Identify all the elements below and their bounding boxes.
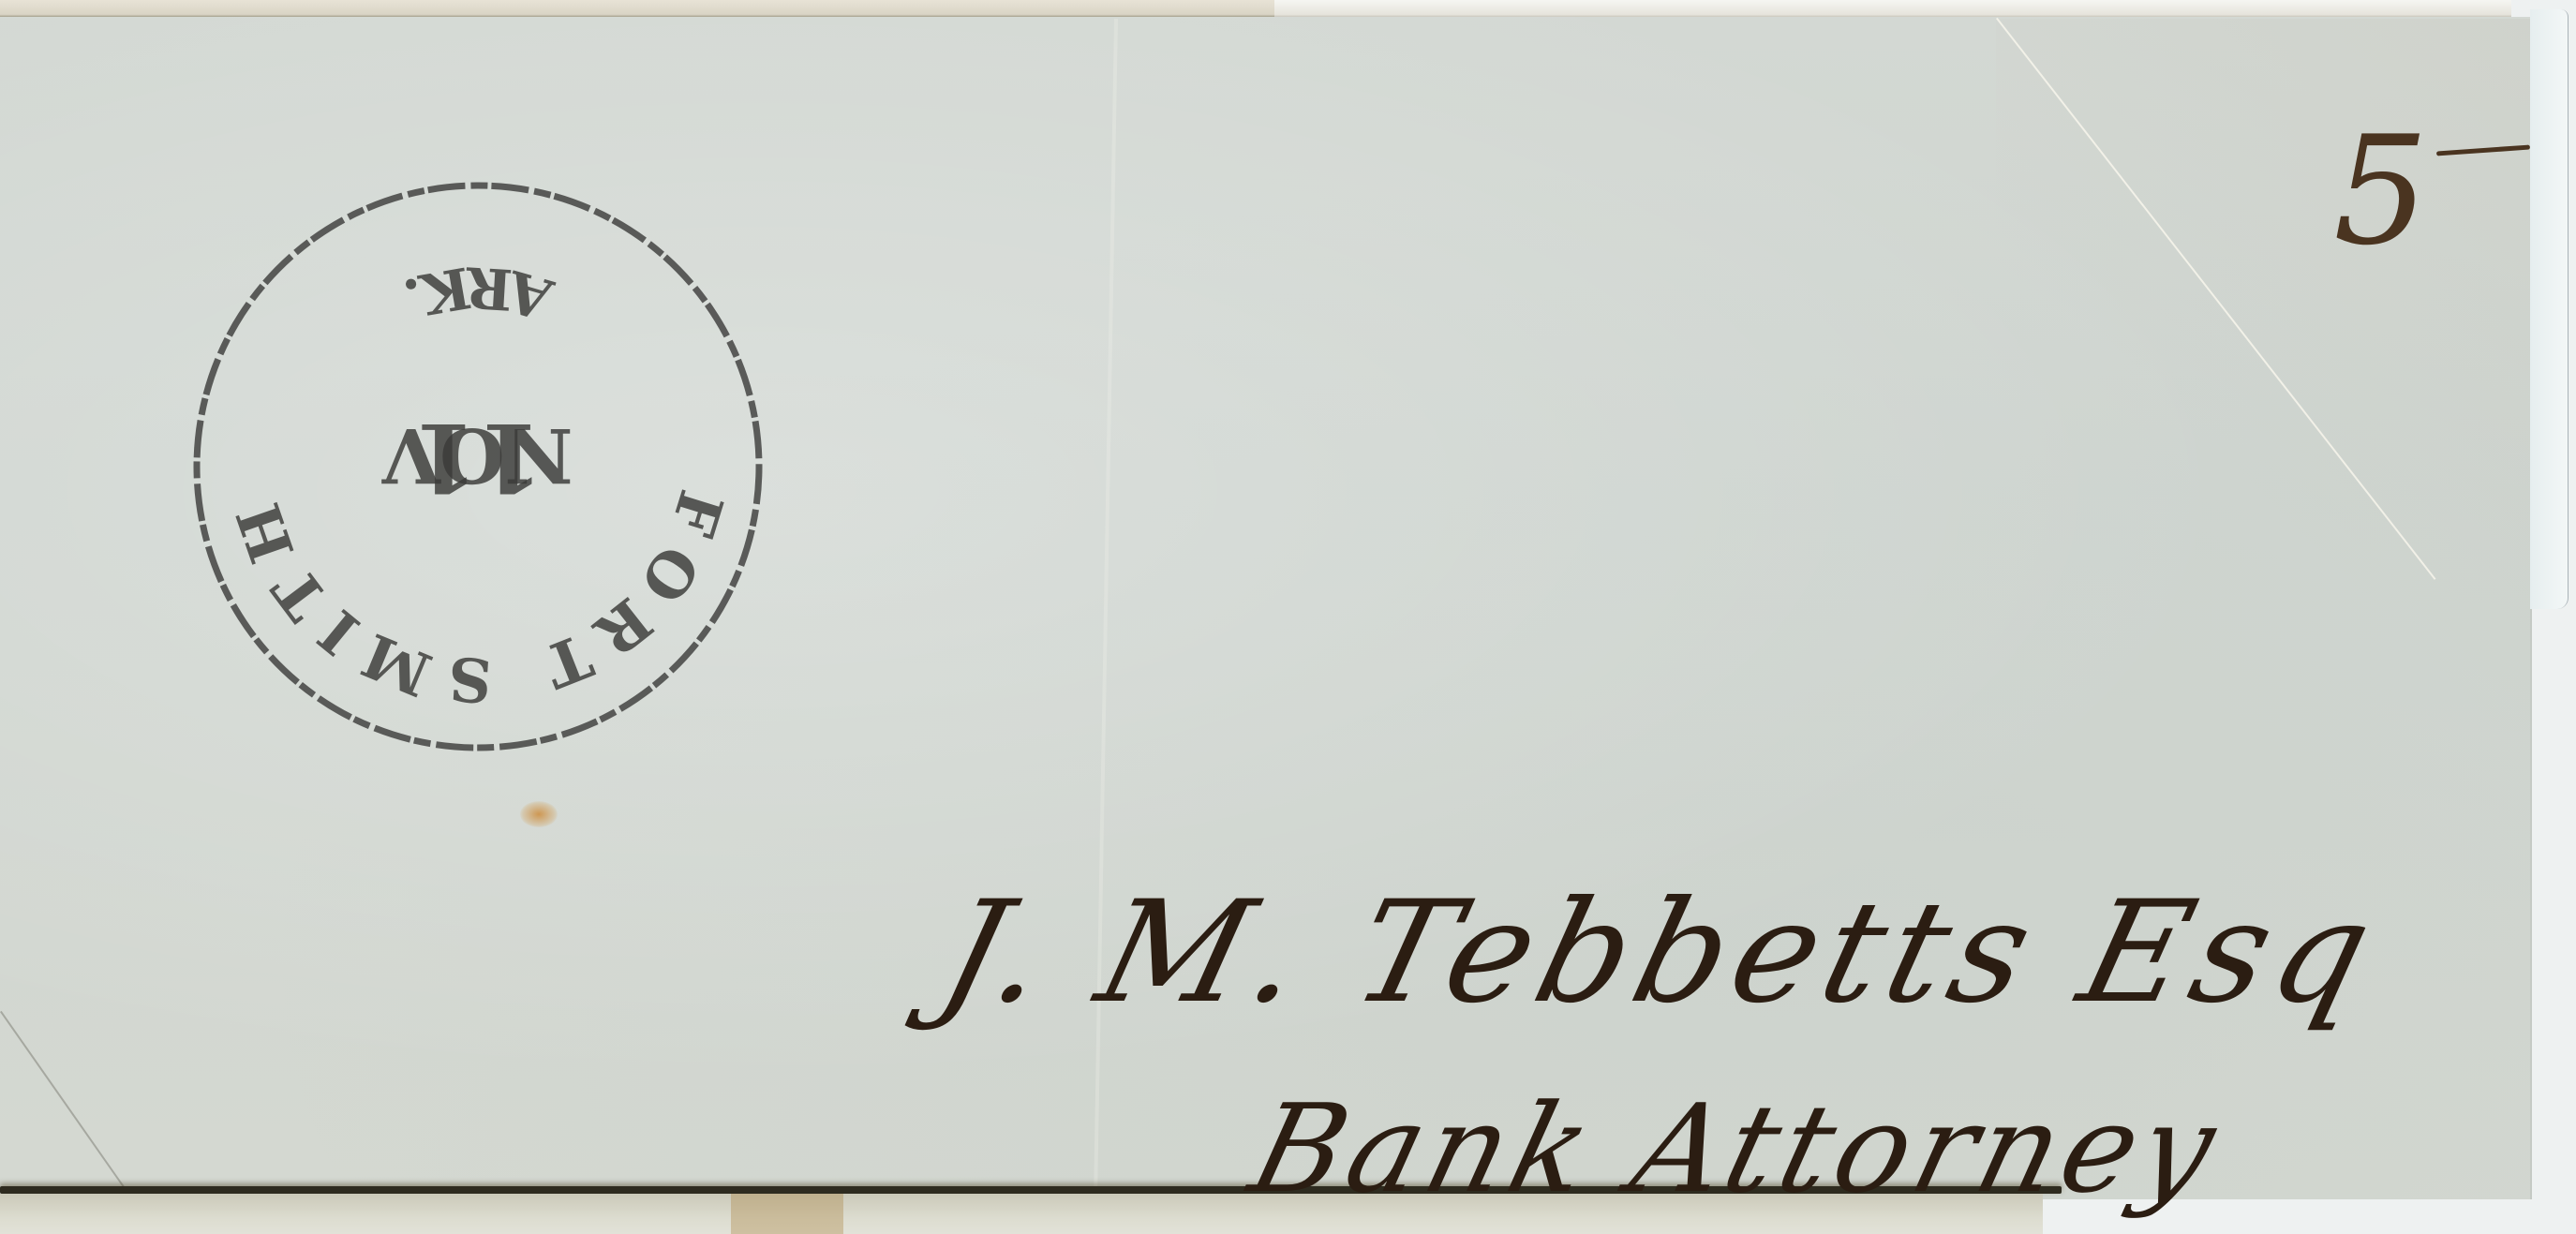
mount-sleeve-edge bbox=[2530, 9, 2569, 609]
postmark-stamp-icon: FORT SMITH ARK. NOV 11 bbox=[183, 171, 773, 762]
addressee-name: J. M. Tebbetts Esq bbox=[926, 871, 2393, 1034]
bottom-stain bbox=[731, 1194, 843, 1234]
foxing-stain bbox=[520, 801, 558, 827]
fold-shadow bbox=[1996, 19, 2530, 731]
postmark-day: 11 bbox=[412, 402, 543, 513]
rate-marking: 5 bbox=[2333, 103, 2429, 278]
postmark-state: ARK. bbox=[395, 253, 560, 332]
addressee-title: Bank Attorney bbox=[1238, 1078, 2234, 1220]
postmark: FORT SMITH ARK. NOV 11 bbox=[183, 171, 773, 762]
svg-text:ARK.: ARK. bbox=[395, 253, 560, 332]
letter-scan: FORT SMITH ARK. NOV 11 5 J. M. Tebbetts … bbox=[0, 0, 2576, 1234]
